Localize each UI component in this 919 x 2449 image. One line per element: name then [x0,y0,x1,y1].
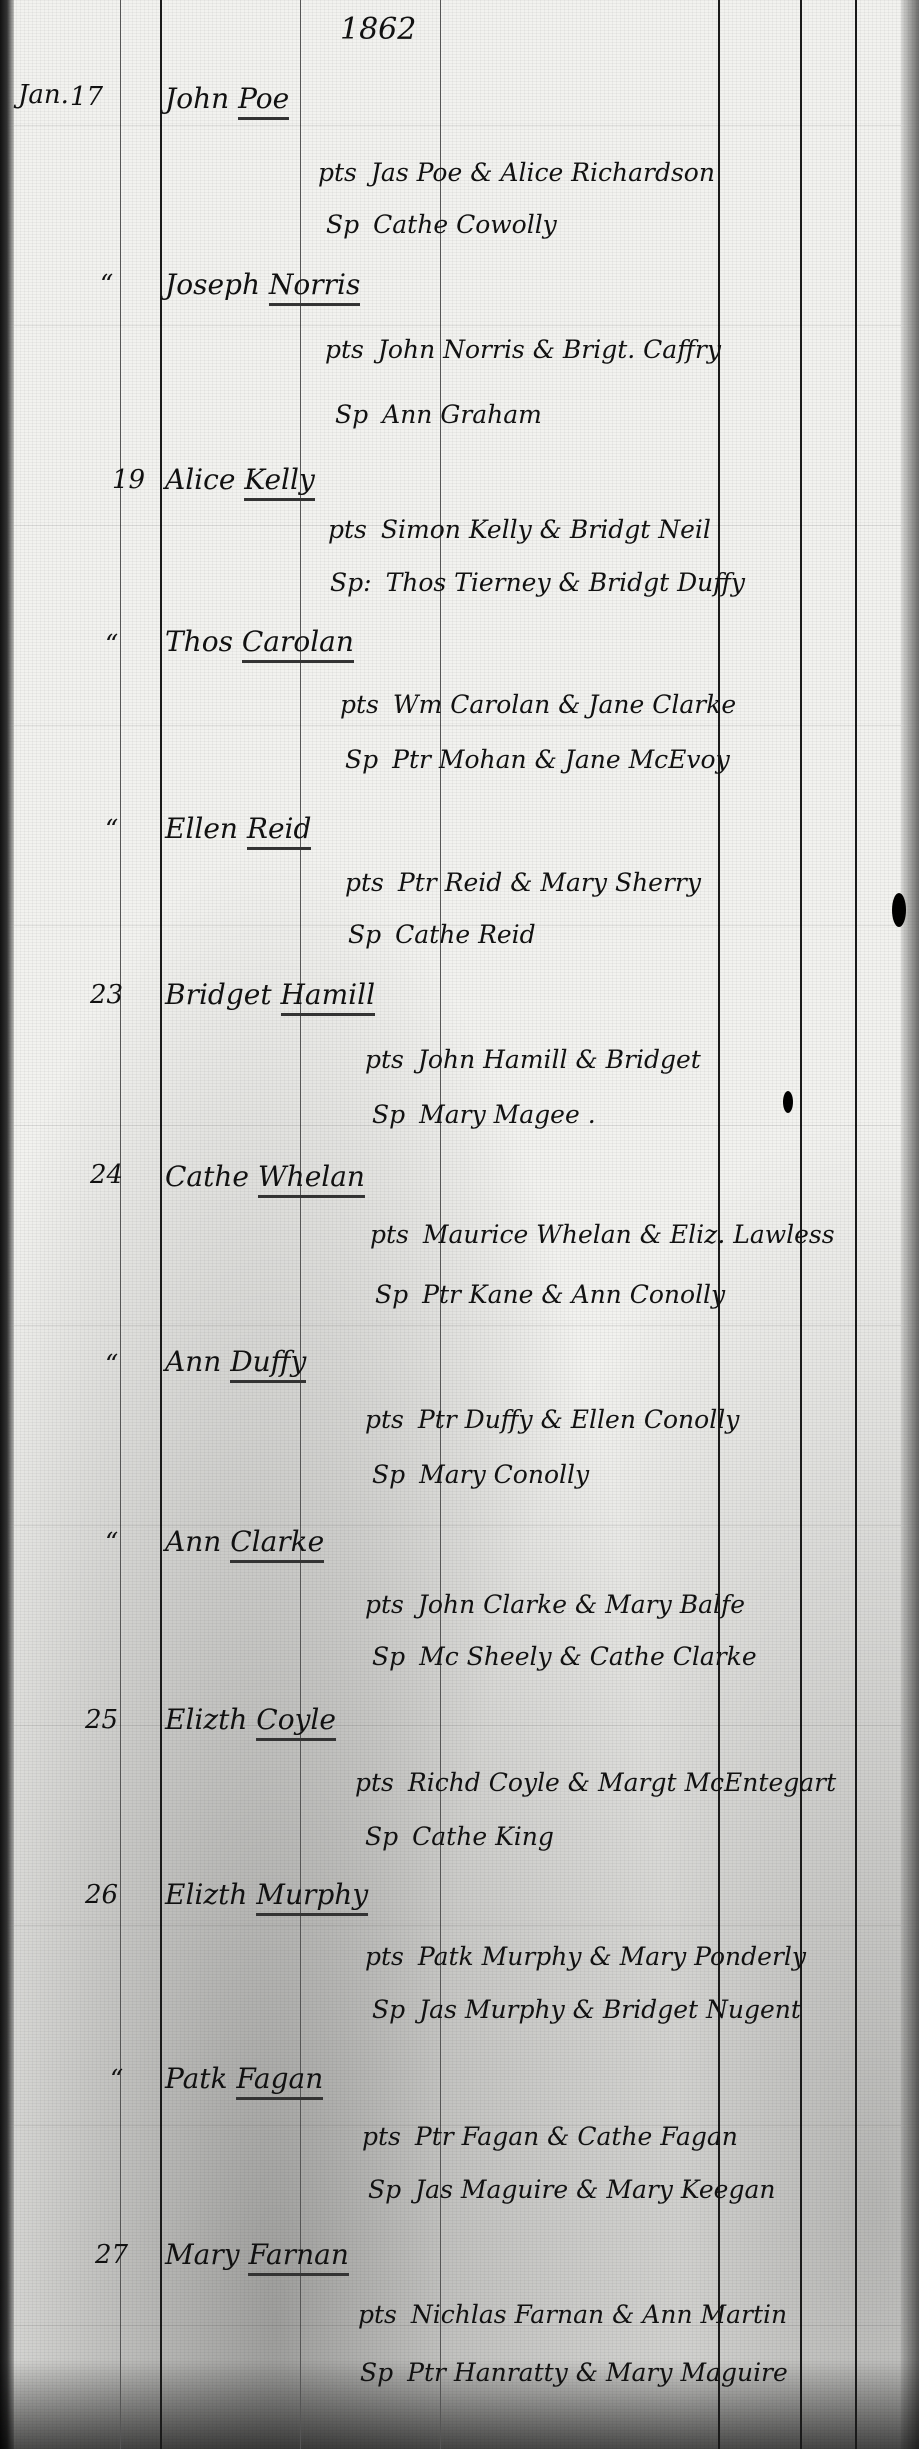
child-name: Elizth Murphy [165,1878,368,1911]
parents-line: ptsJohn Norris & Brigt. Caffry [325,335,721,364]
sponsors-line: SpAnn Graham [335,400,542,429]
row-rule [14,725,901,726]
page-binding-edge [0,0,14,2449]
child-name: Mary Farnan [165,2238,349,2271]
row-rule [14,125,901,126]
page-right-shadow [901,0,919,2449]
parents-line: ptsPatk Murphy & Mary Ponderly [365,1942,806,1971]
sponsors-line: SpJas Maguire & Mary Keegan [368,2175,775,2204]
child-name: Patk Fagan [165,2062,323,2095]
sponsors-line: SpPtr Mohan & Jane McEvoy [345,745,730,774]
child-name: Ann Clarke [165,1525,324,1558]
register-year: 1862 [340,12,416,47]
child-name: Thos Carolan [165,625,354,658]
row-rule [14,1525,901,1526]
column-rule-extra-2 [855,0,857,2449]
parents-line: ptsPtr Duffy & Ellen Conolly [365,1405,739,1434]
sponsors-line: Sp:Thos Tierney & Bridgt Duffy [330,568,745,597]
ink-blot [892,893,906,927]
entry-date: 25 [85,1705,165,1735]
row-rule [14,1925,901,1926]
parents-line: ptsJohn Clarke & Mary Balfe [365,1590,745,1619]
entry-date: 24 [90,1160,170,1190]
parents-line: ptsJas Poe & Alice Richardson [318,158,715,187]
parents-line: ptsSimon Kelly & Bridgt Neil [328,515,711,544]
sponsors-line: SpCathe Cowolly [326,210,557,239]
child-name: Alice Kelly [165,463,315,496]
sponsors-line: SpJas Murphy & Bridget Nugent [372,1995,801,2024]
entry-date: 23 [90,980,170,1010]
sponsors-line: SpMary Magee . [372,1100,596,1129]
child-name: John Poe [165,82,289,115]
child-name: Cathe Whelan [165,1160,365,1193]
child-name: Joseph Norris [165,268,360,301]
child-name: Bridget Hamill [165,978,375,1011]
parents-line: ptsRichd Coyle & Margt McEntegart [355,1768,836,1797]
child-name: Ellen Reid [165,812,311,845]
sponsors-line: SpPtr Kane & Ann Conolly [375,1280,725,1309]
register-month: Jan. [18,80,69,110]
sponsors-line: SpMc Sheely & Cathe Clarke [372,1642,757,1671]
child-name: Ann Duffy [165,1345,306,1378]
sponsors-line: SpCathe King [365,1822,554,1851]
parents-line: ptsWm Carolan & Jane Clarke [340,690,736,719]
row-rule [14,1325,901,1326]
sponsors-line: SpCathe Reid [348,920,536,949]
entry-date: 27 [95,2240,175,2270]
parents-line: ptsPtr Fagan & Cathe Fagan [362,2122,738,2151]
parents-line: ptsNichlas Farnan & Ann Martin [358,2300,787,2329]
row-rule [14,325,901,326]
sponsors-line: SpMary Conolly [372,1460,589,1489]
register-page: 1862 Jan. 17 John Poe ptsJas Poe & Alice… [0,0,919,2449]
parents-line: ptsJohn Hamill & Bridget [365,1045,701,1074]
sponsors-line: SpPtr Hanratty & Mary Maguire [360,2358,788,2387]
ink-blot [783,1091,793,1113]
entry-date: 17 [70,82,150,112]
parents-line: ptsPtr Reid & Mary Sherry [345,868,701,897]
entry-date: 26 [85,1880,165,1910]
child-name: Elizth Coyle [165,1703,336,1736]
parents-line: ptsMaurice Whelan & Eliz. Lawless [370,1220,835,1249]
